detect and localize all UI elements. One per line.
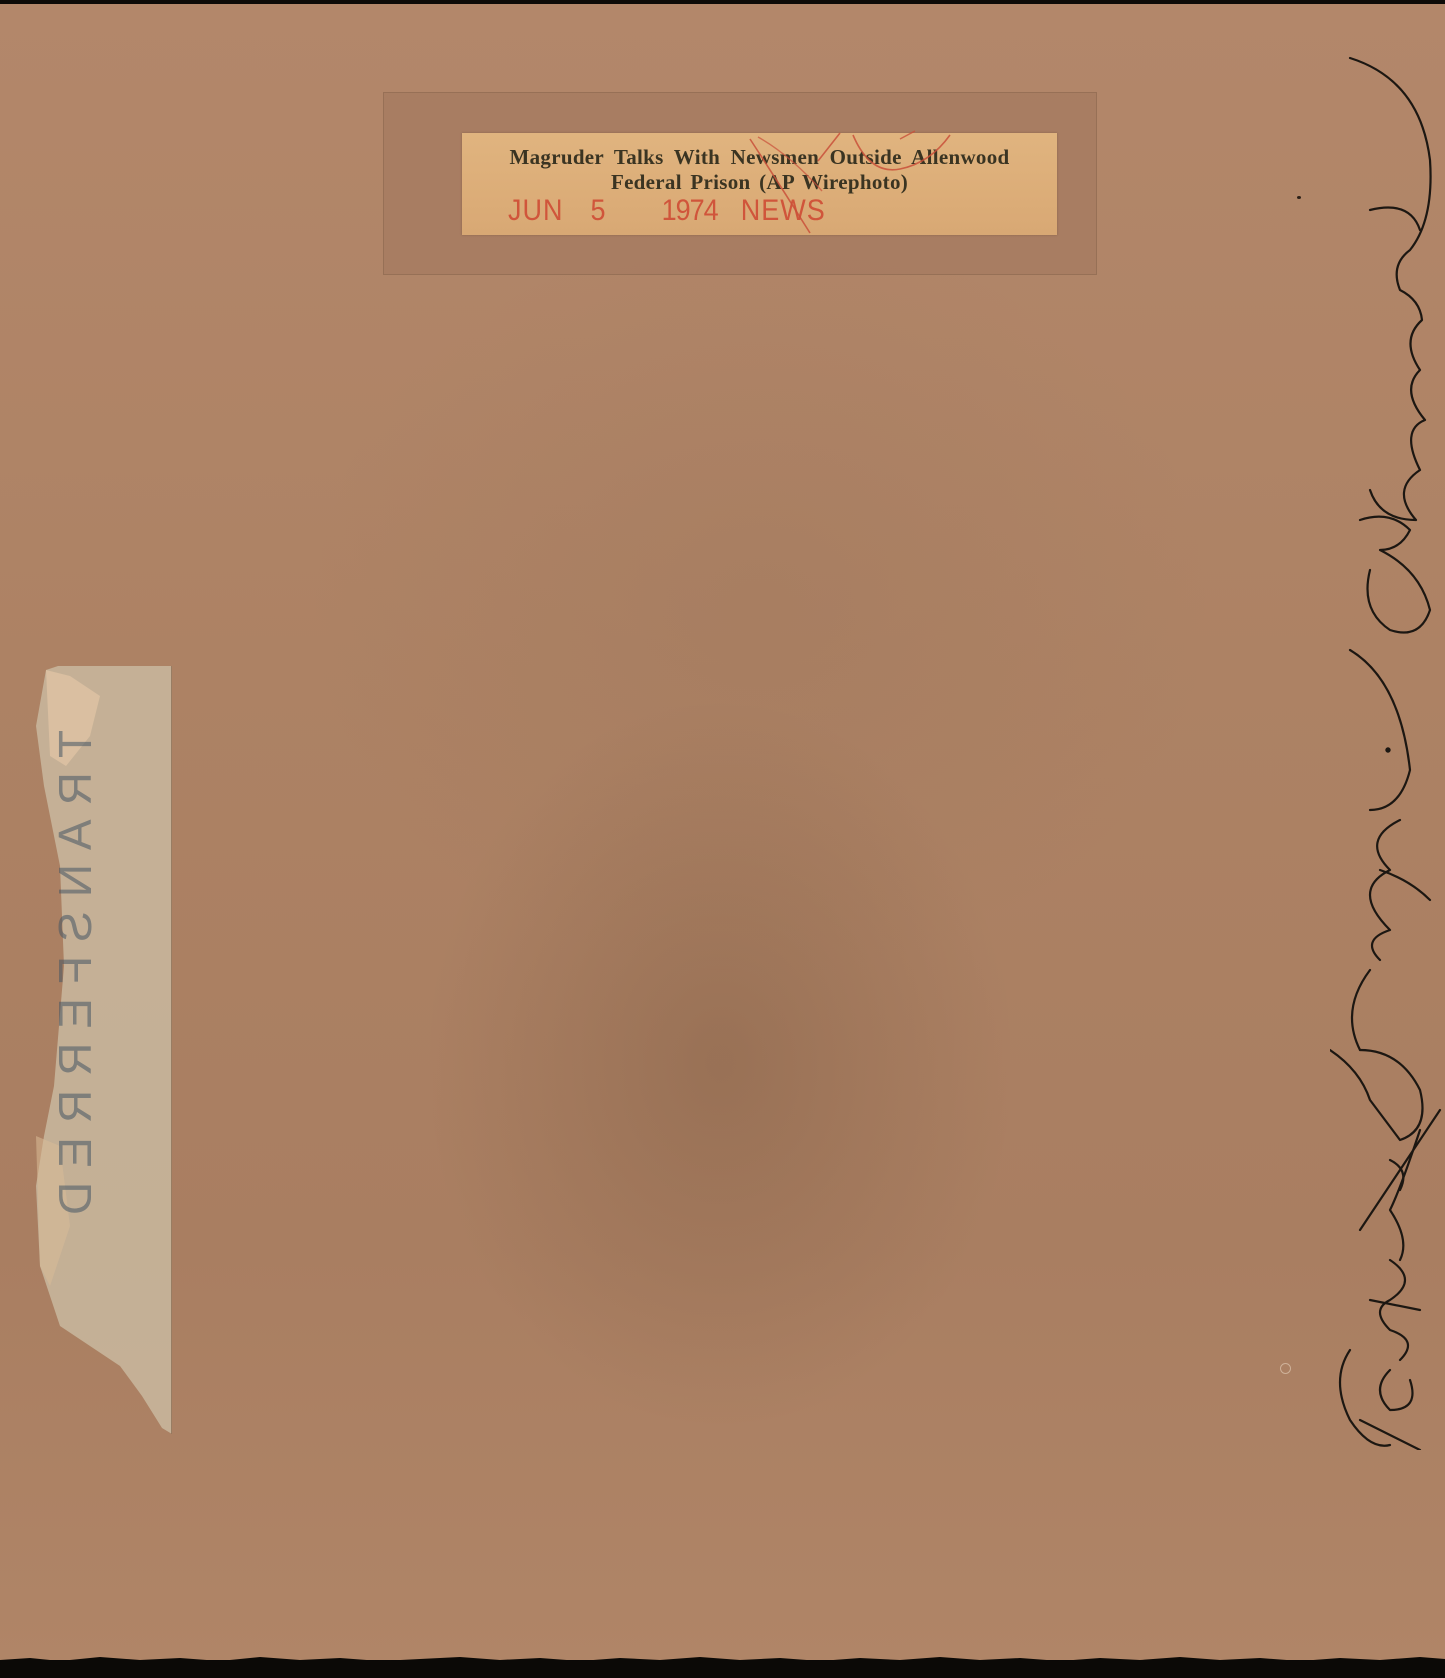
tape-stamp-text: TRANSFERRED — [48, 730, 102, 1090]
red-pencil-mark — [740, 125, 970, 235]
bottom-edge-shadow — [0, 1660, 1445, 1678]
handwritten-annotation — [1330, 50, 1445, 1450]
pin-hole — [1280, 1363, 1291, 1374]
date-stamp-day: 5 — [591, 194, 607, 227]
ink-speck — [1297, 196, 1301, 199]
date-stamp-month: JUN — [508, 194, 564, 227]
date-stamp-year: 1974 — [662, 194, 718, 227]
